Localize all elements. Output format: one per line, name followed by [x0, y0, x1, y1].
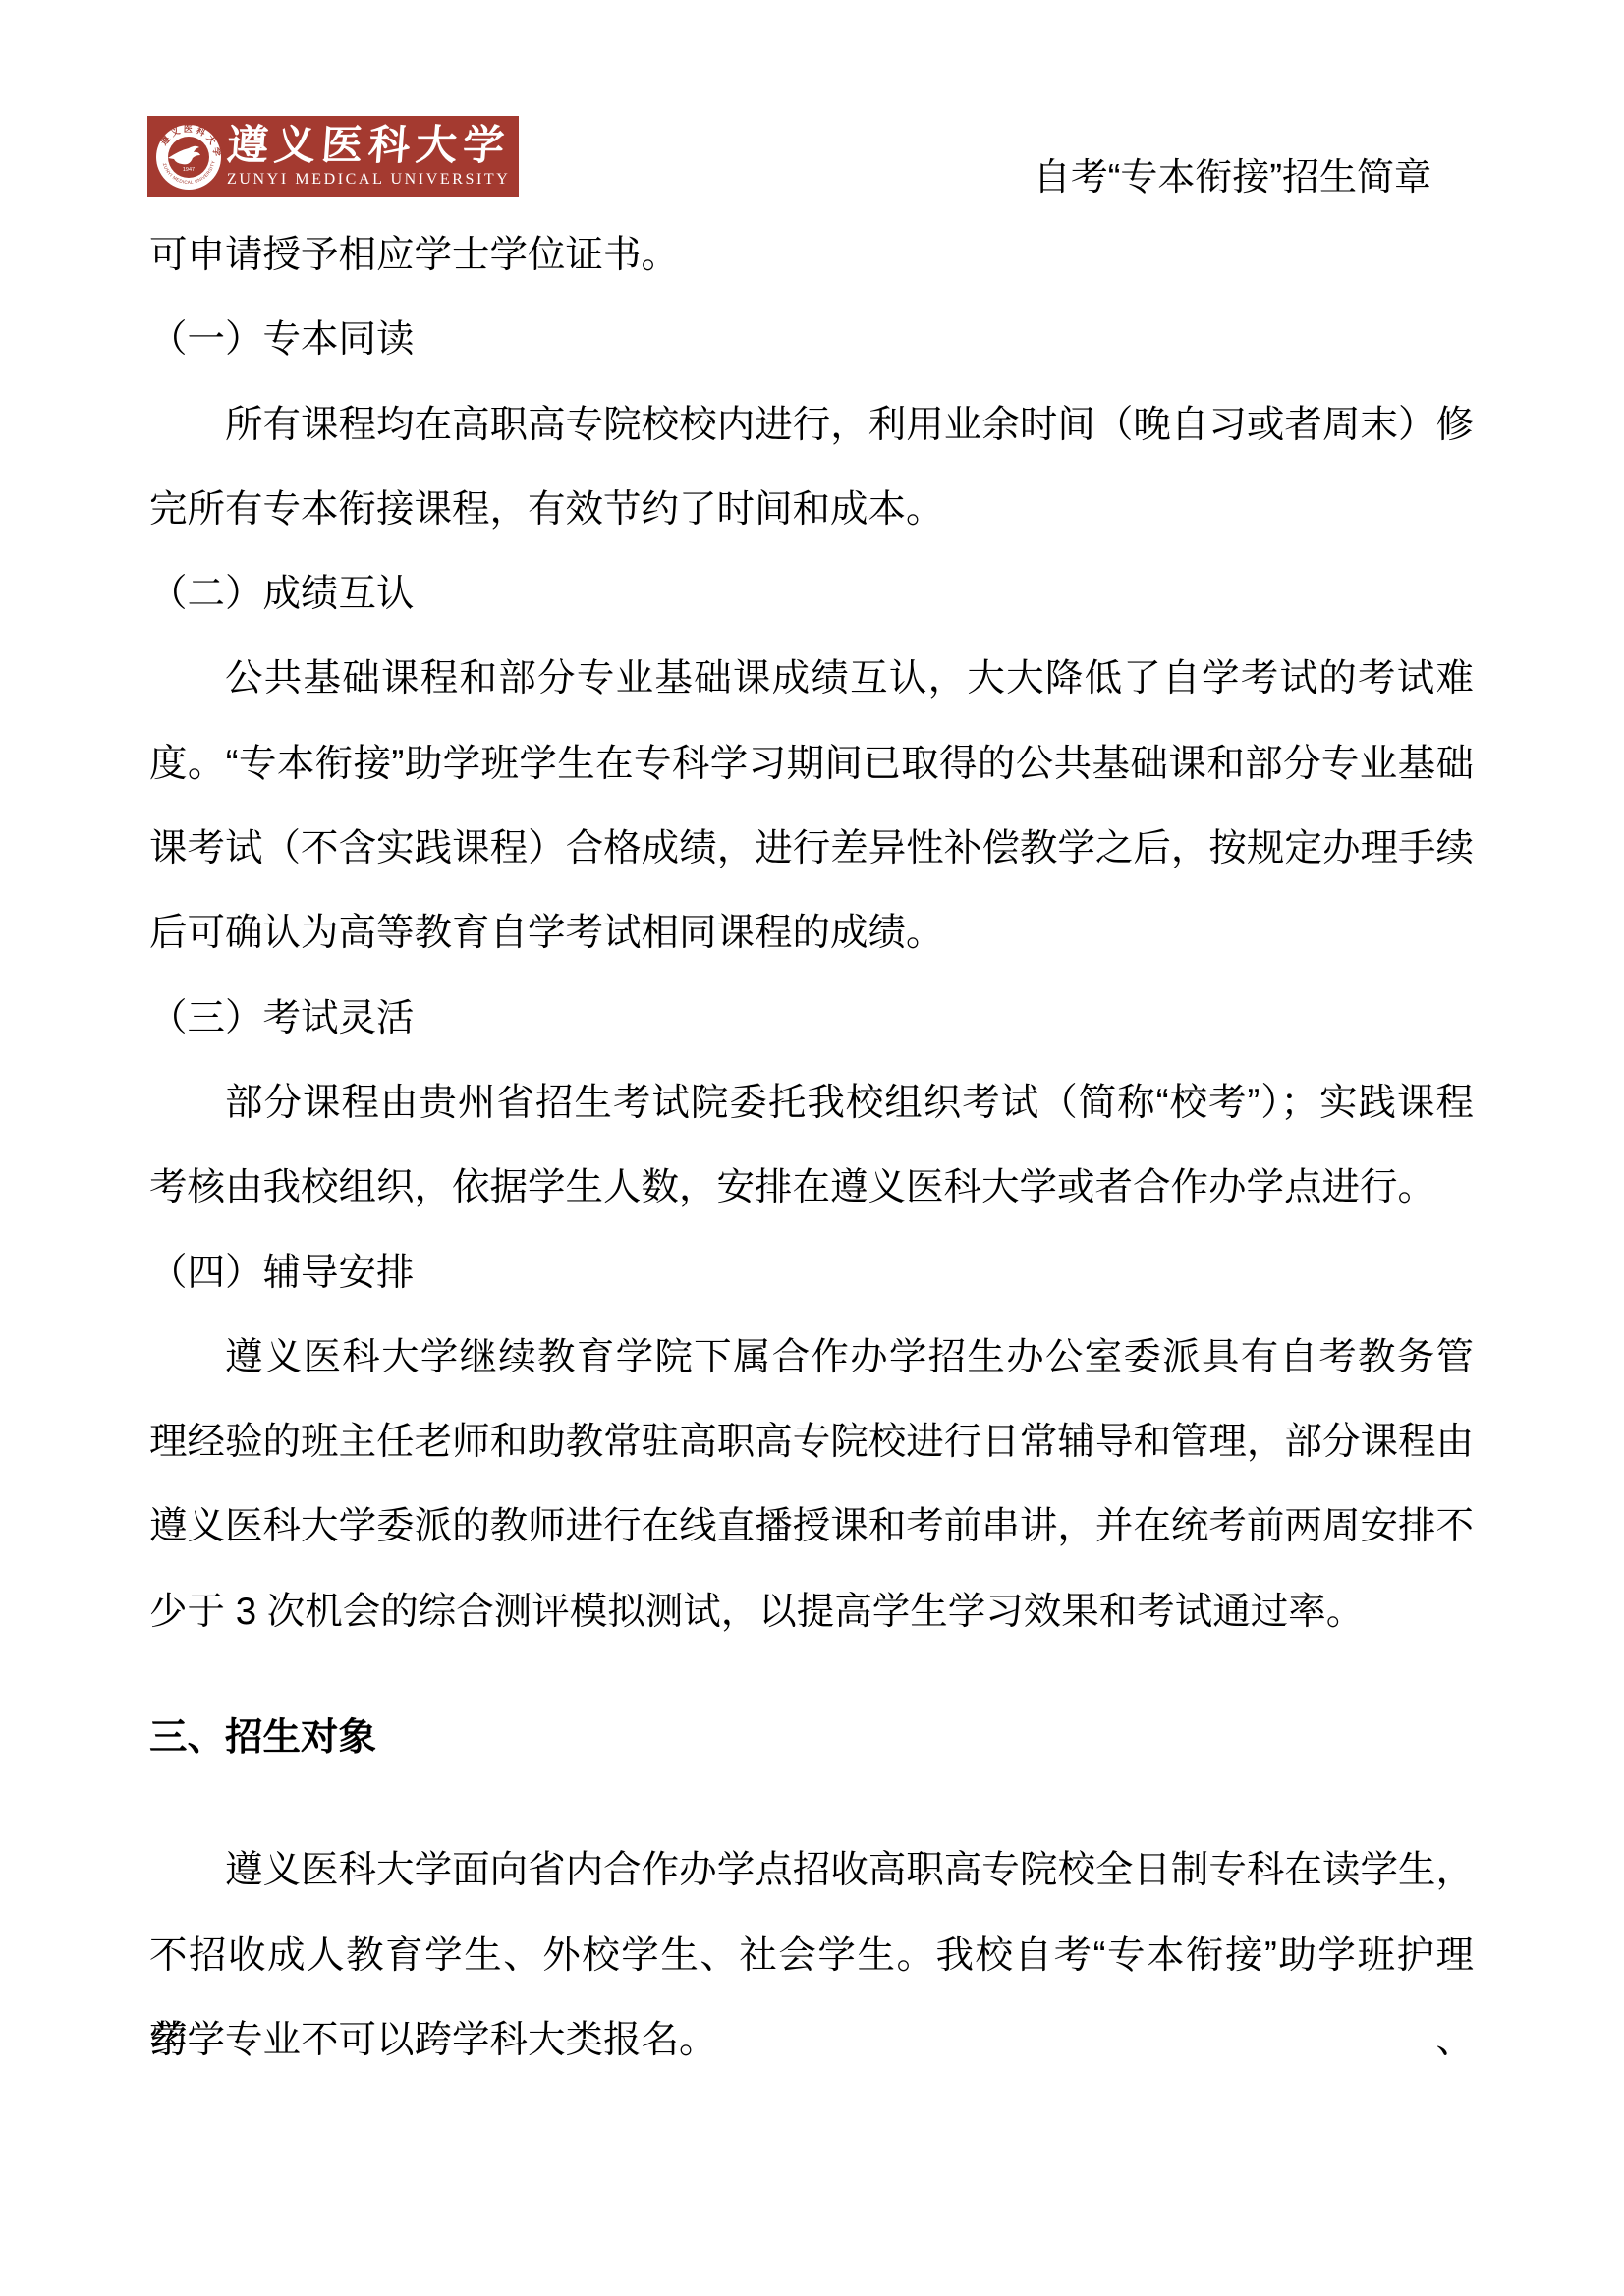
document-line: （四）辅导安排 [149, 1231, 1474, 1316]
document-line: 课考试（不含实践课程）合格成绩，进行差异性补偿教学之后，按规定办理手续 [149, 807, 1474, 891]
document-line: 完所有专本衔接课程，有效节约了时间和成本。 [149, 468, 1474, 552]
document-line: 理经验的班主任老师和助教常驻高职高专院校进行日常辅导和管理，部分课程由 [149, 1400, 1474, 1484]
document-line: 后可确认为高等教育自学考试相同课程的成绩。 [149, 891, 1474, 976]
document-body: 可申请授予相应学士学位证书。（一）专本同读所有课程均在高职高专院校校内进行，利用… [149, 213, 1474, 2083]
university-logo: 遵义医科大学 ZUNYI MEDICAL UNIVERSITY 1947 遵义医… [147, 116, 519, 197]
university-seal-icon: 遵义医科大学 ZUNYI MEDICAL UNIVERSITY 1947 [156, 125, 221, 190]
logo-text: 遵义医科大学 ZUNYI MEDICAL UNIVERSITY [227, 126, 510, 188]
header-caption: 自考“专本衔接”招生简章 [1034, 157, 1431, 198]
document-line: 可申请授予相应学士学位证书。 [149, 213, 1474, 298]
document-line: （一）专本同读 [149, 298, 1474, 382]
document-line: （三）考试灵活 [149, 977, 1474, 1061]
document-line: 不招收成人教育学生、外校学生、社会学生。我校自考“专本衔接”助学班护理学、 [149, 1914, 1474, 1998]
document-line: 所有课程均在高职高专院校校内进行，利用业余时间（晚自习或者周末）修 [149, 383, 1474, 468]
document-line: （二）成绩互认 [149, 552, 1474, 637]
logo-cn-name: 遵义医科大学 [226, 126, 512, 167]
page: 遵义医科大学 ZUNYI MEDICAL UNIVERSITY 1947 遵义医… [0, 0, 1624, 2296]
document-line: 考核由我校组织，依据学生人数，安排在遵义医科大学或者合作办学点进行。 [149, 1146, 1474, 1230]
document-line: 少于 3 次机会的综合测评模拟测试，以提高学生学习效果和考试通过率。 [149, 1570, 1474, 1654]
seal-year-text: 1947 [183, 167, 195, 173]
section-heading: 三、招生对象 [149, 1696, 1474, 1780]
document-line: 遵义医科大学面向省内合作办学点招收高职高专院校全日制专科在读学生， [149, 1828, 1474, 1913]
logo-en-name: ZUNYI MEDICAL UNIVERSITY [227, 172, 510, 188]
document-line: 部分课程由贵州省招生考试院委托我校组织考试（简称“校考”）；实践课程 [149, 1061, 1474, 1146]
document-line: 遵义医科大学继续教育学院下属合作办学招生办公室委派具有自考教务管 [149, 1316, 1474, 1400]
document-line: 公共基础课程和部分专业基础课成绩互认，大大降低了自学考试的考试难 [149, 637, 1474, 721]
document-line: 度。“专本衔接”助学班学生在专科学习期间已取得的公共基础课和部分专业基础 [149, 722, 1474, 807]
document-line: 遵义医科大学委派的教师进行在线直播授课和考前串讲，并在统考前两周安排不 [149, 1484, 1474, 1569]
